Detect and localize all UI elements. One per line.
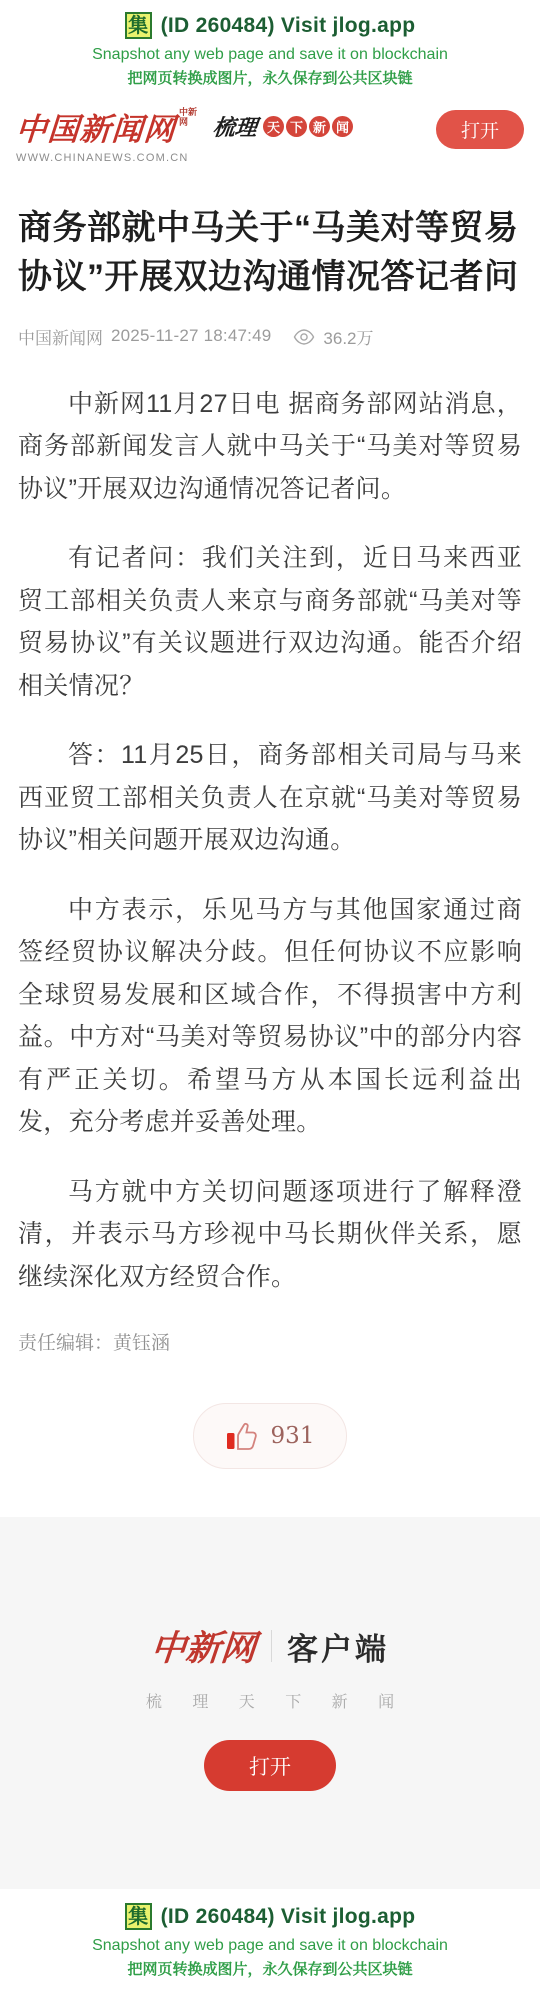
views-eye-icon bbox=[293, 329, 315, 345]
jlog-logo-icon: 集 bbox=[125, 1903, 152, 1930]
chinanews-logo[interactable]: 中国新闻网 中新 网 WWW.CHINANEWS.COM.CN bbox=[16, 104, 197, 164]
open-app-button-header[interactable]: 打开 bbox=[436, 110, 524, 149]
chinanews-logo-text: 中国新闻网 bbox=[14, 104, 177, 149]
footer-logo: 中新网 客户端 bbox=[0, 1621, 540, 1671]
article-paragraph: 中方表示，乐见马方与其他国家通过商签经贸协议解决分歧。但任何协议不应影响全球贸易… bbox=[18, 889, 522, 1144]
open-app-button-footer[interactable]: 打开 bbox=[204, 1740, 336, 1791]
article-title: 商务部就中马关于“马美对等贸易协议”开展双边沟通情况答记者问 bbox=[18, 204, 522, 302]
jlog-subtitle-cn: 把网页转换成图片，永久保存到公共区块链 bbox=[0, 1958, 540, 1979]
like-section: 931 bbox=[0, 1403, 540, 1469]
jlog-banner-bottom: 集 (ID 260484) Visit jlog.app Snapshot an… bbox=[0, 1889, 540, 1989]
article-timestamp: 2025-11-27 18:47:49 bbox=[111, 326, 271, 346]
stamp-circles: 天下新闻 bbox=[261, 116, 353, 137]
slogan-stamp: 梳理 天下新闻 bbox=[213, 111, 353, 142]
stamp-circle-char: 下 bbox=[286, 116, 307, 137]
article-paragraph: 中新网11月27日电 据商务部网站消息，商务部新闻发言人就中马关于“马美对等贸易… bbox=[18, 383, 522, 511]
article-paragraph: 马方就中方关切问题逐项进行了解释澄清，并表示马方珍视中马长期伙伴关系，愿继续深化… bbox=[18, 1171, 522, 1299]
jlog-subtitle-en: Snapshot any web page and save it on blo… bbox=[0, 1937, 540, 1955]
article-body: 中新网11月27日电 据商务部网站消息，商务部新闻发言人就中马关于“马美对等贸易… bbox=[18, 383, 522, 1299]
chinanews-logo-side: 中新 网 bbox=[179, 107, 197, 128]
view-count: 36.2万 bbox=[323, 324, 373, 349]
chinanews-url: WWW.CHINANEWS.COM.CN bbox=[16, 152, 197, 164]
article-paragraph: 有记者问：我们关注到，近日马来西亚贸工部相关负责人来京与商务部就“马美对等贸易协… bbox=[18, 537, 522, 707]
footer-logo-text: 中新网 bbox=[149, 1621, 258, 1671]
footer-client-label: 客户端 bbox=[287, 1624, 389, 1669]
article-meta: 中国新闻网 2025-11-27 18:47:49 36.2万 bbox=[18, 324, 522, 349]
logo-side-top: 中新 bbox=[179, 107, 197, 117]
stamp-circle-char: 闻 bbox=[332, 116, 353, 137]
article-source: 中国新闻网 bbox=[18, 324, 103, 349]
article-paragraph: 答：11月25日，商务部相关司局与马来西亚贸工部相关负责人在京就“马美对等贸易协… bbox=[18, 734, 522, 862]
jlog-subtitle-en: Snapshot any web page and save it on blo… bbox=[0, 46, 540, 64]
jlog-banner-link[interactable]: (ID 260484) Visit jlog.app bbox=[161, 14, 416, 38]
jlog-logo-icon: 集 bbox=[125, 12, 152, 39]
article: 商务部就中马关于“马美对等贸易协议”开展双边沟通情况答记者问 中国新闻网 202… bbox=[0, 180, 540, 1355]
site-header: 中国新闻网 中新 网 WWW.CHINANEWS.COM.CN 梳理 天下新闻 … bbox=[0, 98, 540, 180]
jlog-banner-link[interactable]: (ID 260484) Visit jlog.app bbox=[161, 1905, 416, 1929]
editor-line: 责任编辑：黄钰涵 bbox=[18, 1328, 522, 1355]
footer-tagline: 梳 理 天 下 新 闻 bbox=[0, 1689, 540, 1712]
thumbs-up-icon bbox=[226, 1420, 260, 1452]
footer-logo-divider bbox=[271, 1630, 272, 1662]
logo-side-bottom: 网 bbox=[179, 117, 197, 127]
stamp-prefix-text: 梳理 bbox=[211, 111, 258, 142]
like-count: 931 bbox=[271, 1423, 315, 1449]
jlog-banner-top: 集 (ID 260484) Visit jlog.app Snapshot an… bbox=[0, 0, 540, 98]
stamp-circle-char: 天 bbox=[263, 116, 284, 137]
page: 集 (ID 260484) Visit jlog.app Snapshot an… bbox=[0, 0, 540, 1989]
jlog-subtitle-cn: 把网页转换成图片，永久保存到公共区块链 bbox=[0, 67, 540, 88]
app-footer: 中新网 客户端 梳 理 天 下 新 闻 打开 bbox=[0, 1517, 540, 1889]
stamp-circle-char: 新 bbox=[309, 116, 330, 137]
like-button[interactable]: 931 bbox=[193, 1403, 348, 1469]
